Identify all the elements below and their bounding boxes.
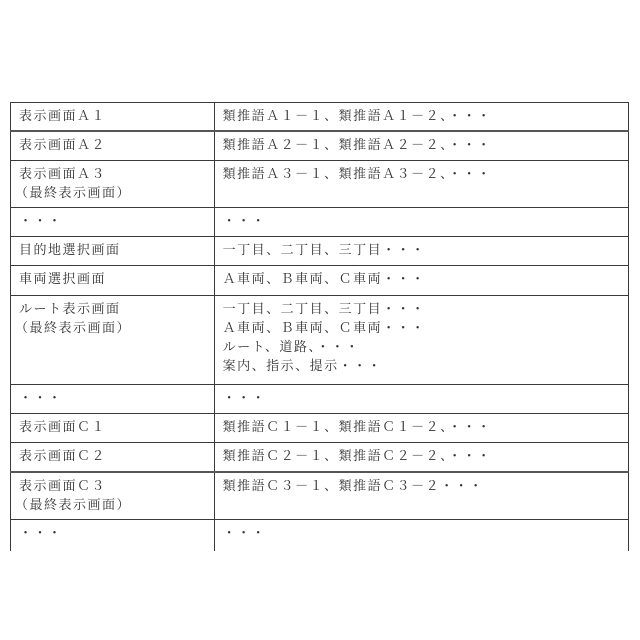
- table-row: ・・・ ・・・: [11, 207, 629, 236]
- words-cell: 類推語Ｃ１－１、類推語Ｃ１－２、・・・: [214, 413, 628, 442]
- table-row: ルート表示画面 （最終表示画面） 一丁目、二丁目、三丁目・・・ Ａ車両、Ｂ車両、…: [11, 295, 629, 384]
- screen-note: （最終表示画面）: [15, 184, 206, 203]
- table-row: 車両選択画面 Ａ車両、Ｂ車両、Ｃ車両・・・: [11, 265, 629, 295]
- table-row: 表示画面Ａ２ 類推語Ａ２－１、類推語Ａ２－２、・・・: [11, 131, 629, 160]
- ellipsis-text: ・・・: [223, 389, 620, 408]
- screen-name: 車両選択画面: [19, 270, 206, 289]
- analogous-words: 類推語Ｃ３－１、類推語Ｃ３－２・・・: [223, 477, 620, 496]
- words-cell: 一丁目、二丁目、三丁目・・・: [214, 236, 628, 265]
- ellipsis-text: ・・・: [223, 524, 620, 543]
- screen-cell: ・・・: [11, 384, 215, 413]
- words-cell: 類推語Ａ１－１、類推語Ａ１－２、・・・: [214, 103, 628, 132]
- analogous-words: 案内、指示、提示・・・: [223, 357, 620, 376]
- table-row: 表示画面Ａ３ （最終表示画面） 類推語Ａ３－１、類推語Ａ３－２、・・・: [11, 160, 629, 207]
- analogous-words: 一丁目、二丁目、三丁目・・・: [223, 300, 620, 319]
- screen-name: 目的地選択画面: [19, 241, 206, 260]
- screen-cell: 表示画面Ｃ２: [11, 442, 215, 472]
- table-row: 表示画面Ａ１ 類推語Ａ１－１、類推語Ａ１－２、・・・: [11, 103, 629, 132]
- words-cell: 類推語Ｃ２－１、類推語Ｃ２－２、・・・: [214, 442, 628, 472]
- screen-cell: 車両選択画面: [11, 265, 215, 295]
- table-row: ・・・ ・・・: [11, 520, 629, 551]
- analogous-words: 類推語Ａ３－１、類推語Ａ３－２、・・・: [223, 165, 620, 184]
- words-cell: ・・・: [214, 207, 628, 236]
- screen-cell: 表示画面Ｃ３ （最終表示画面）: [11, 472, 215, 520]
- screen-cell: 表示画面Ａ１: [11, 103, 215, 132]
- screen-name: 表示画面Ａ２: [19, 136, 206, 155]
- ellipsis-text: ・・・: [19, 524, 206, 543]
- words-cell: Ａ車両、Ｂ車両、Ｃ車両・・・: [214, 265, 628, 295]
- table-row: 目的地選択画面 一丁目、二丁目、三丁目・・・: [11, 236, 629, 265]
- ellipsis-text: ・・・: [19, 212, 206, 231]
- table-row: 表示画面Ｃ３ （最終表示画面） 類推語Ｃ３－１、類推語Ｃ３－２・・・: [11, 472, 629, 520]
- ellipsis-text: ・・・: [19, 389, 206, 408]
- screen-cell: 表示画面Ａ３ （最終表示画面）: [11, 160, 215, 207]
- analogous-words: 類推語Ａ１－１、類推語Ａ１－２、・・・: [223, 107, 620, 126]
- analogous-words: Ａ車両、Ｂ車両、Ｃ車両・・・: [223, 319, 620, 338]
- words-cell: ・・・: [214, 384, 628, 413]
- screen-name: ルート表示画面: [19, 300, 206, 319]
- words-cell: ・・・: [214, 520, 628, 551]
- screen-name: 表示画面Ｃ３: [19, 477, 206, 496]
- words-cell: 類推語Ａ３－１、類推語Ａ３－２、・・・: [214, 160, 628, 207]
- words-cell: 類推語Ａ２－１、類推語Ａ２－２、・・・: [214, 131, 628, 160]
- analogous-words: 類推語Ｃ２－１、類推語Ｃ２－２、・・・: [223, 447, 620, 466]
- screen-cell: 表示画面Ａ２: [11, 131, 215, 160]
- analogous-words: 類推語Ａ２－１、類推語Ａ２－２、・・・: [223, 136, 620, 155]
- analogous-words: 一丁目、二丁目、三丁目・・・: [223, 241, 620, 260]
- screen-name: 表示画面Ｃ１: [19, 418, 206, 437]
- table-row: 表示画面Ｃ１ 類推語Ｃ１－１、類推語Ｃ１－２、・・・: [11, 413, 629, 442]
- screen-word-table: 表示画面Ａ１ 類推語Ａ１－１、類推語Ａ１－２、・・・ 表示画面Ａ２ 類推語Ａ２－…: [10, 102, 629, 551]
- screen-cell: ・・・: [11, 207, 215, 236]
- screen-name: 表示画面Ａ３: [19, 165, 206, 184]
- analogous-words: 類推語Ｃ１－１、類推語Ｃ１－２、・・・: [223, 418, 620, 437]
- analogous-words: ルート、道路、・・・: [223, 338, 620, 357]
- screen-note: （最終表示画面）: [15, 496, 206, 515]
- analogous-words: Ａ車両、Ｂ車両、Ｃ車両・・・: [223, 270, 620, 289]
- screen-name: 表示画面Ａ１: [19, 107, 206, 126]
- table-body: 表示画面Ａ１ 類推語Ａ１－１、類推語Ａ１－２、・・・ 表示画面Ａ２ 類推語Ａ２－…: [11, 103, 629, 551]
- screen-cell: 目的地選択画面: [11, 236, 215, 265]
- table-row: 表示画面Ｃ２ 類推語Ｃ２－１、類推語Ｃ２－２、・・・: [11, 442, 629, 472]
- screen-note: （最終表示画面）: [15, 319, 206, 338]
- screen-cell: ・・・: [11, 520, 215, 551]
- screen-cell: 表示画面Ｃ１: [11, 413, 215, 442]
- words-cell: 類推語Ｃ３－１、類推語Ｃ３－２・・・: [214, 472, 628, 520]
- ellipsis-text: ・・・: [223, 212, 620, 231]
- words-cell: 一丁目、二丁目、三丁目・・・ Ａ車両、Ｂ車両、Ｃ車両・・・ ルート、道路、・・・…: [214, 295, 628, 384]
- screen-name: 表示画面Ｃ２: [19, 447, 206, 466]
- table-row: ・・・ ・・・: [11, 384, 629, 413]
- screen-cell: ルート表示画面 （最終表示画面）: [11, 295, 215, 384]
